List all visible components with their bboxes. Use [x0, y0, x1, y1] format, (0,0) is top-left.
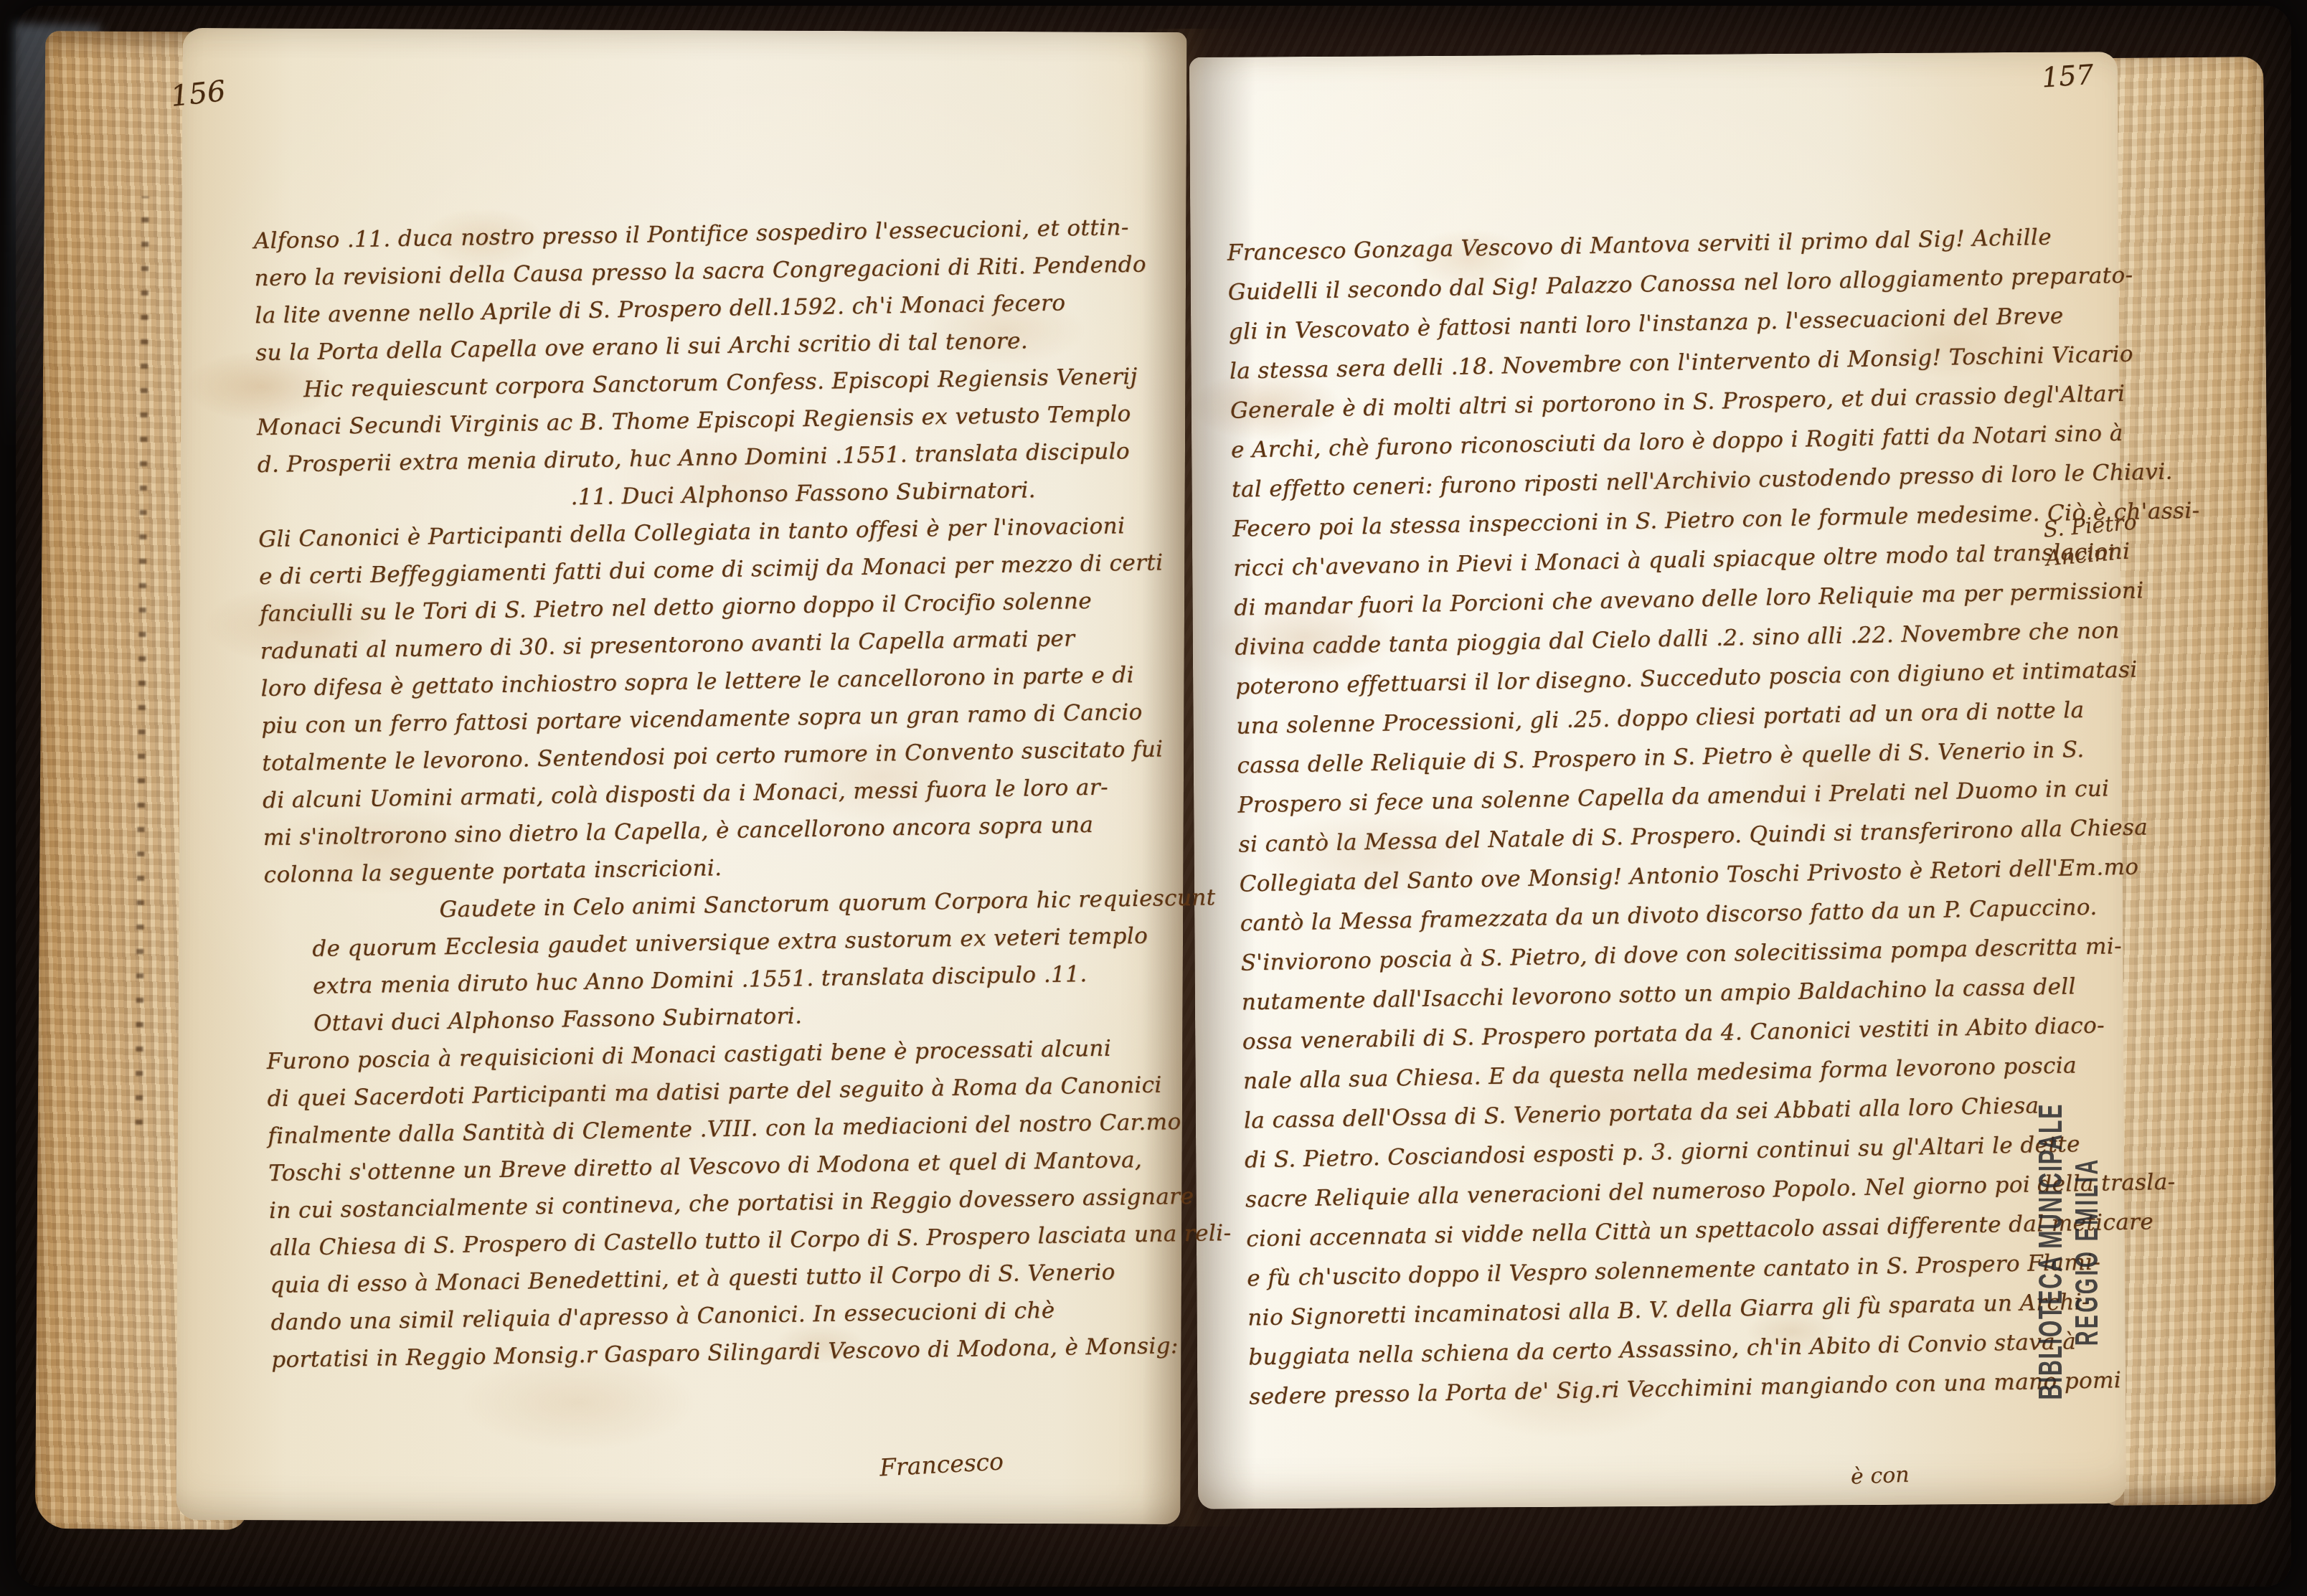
- library-stamp-line1: BIBLIOTECA MUNICIPALE: [2032, 1103, 2070, 1400]
- right-page-text: Francesco Gonzaga Vescovo di Mantova ser…: [1227, 217, 2120, 1417]
- library-stamp: BIBLIOTECA MUNICIPALE REGGIO EMILIA: [2035, 1100, 2103, 1404]
- catchword-right: è con: [1850, 1463, 1910, 1490]
- page-number-left: 156: [169, 75, 227, 113]
- left-page-text: Alfonso .11. duca nostro presso il Ponti…: [253, 208, 1197, 1379]
- manuscript-photo: 156 157 Alfonso .11. duca nostro presso …: [0, 0, 2307, 1596]
- library-stamp-line2: REGGIO EMILIA: [2070, 1158, 2105, 1346]
- page-number-right: 157: [2041, 59, 2095, 94]
- margin-note: S. Pietro Ancini: [2042, 508, 2141, 573]
